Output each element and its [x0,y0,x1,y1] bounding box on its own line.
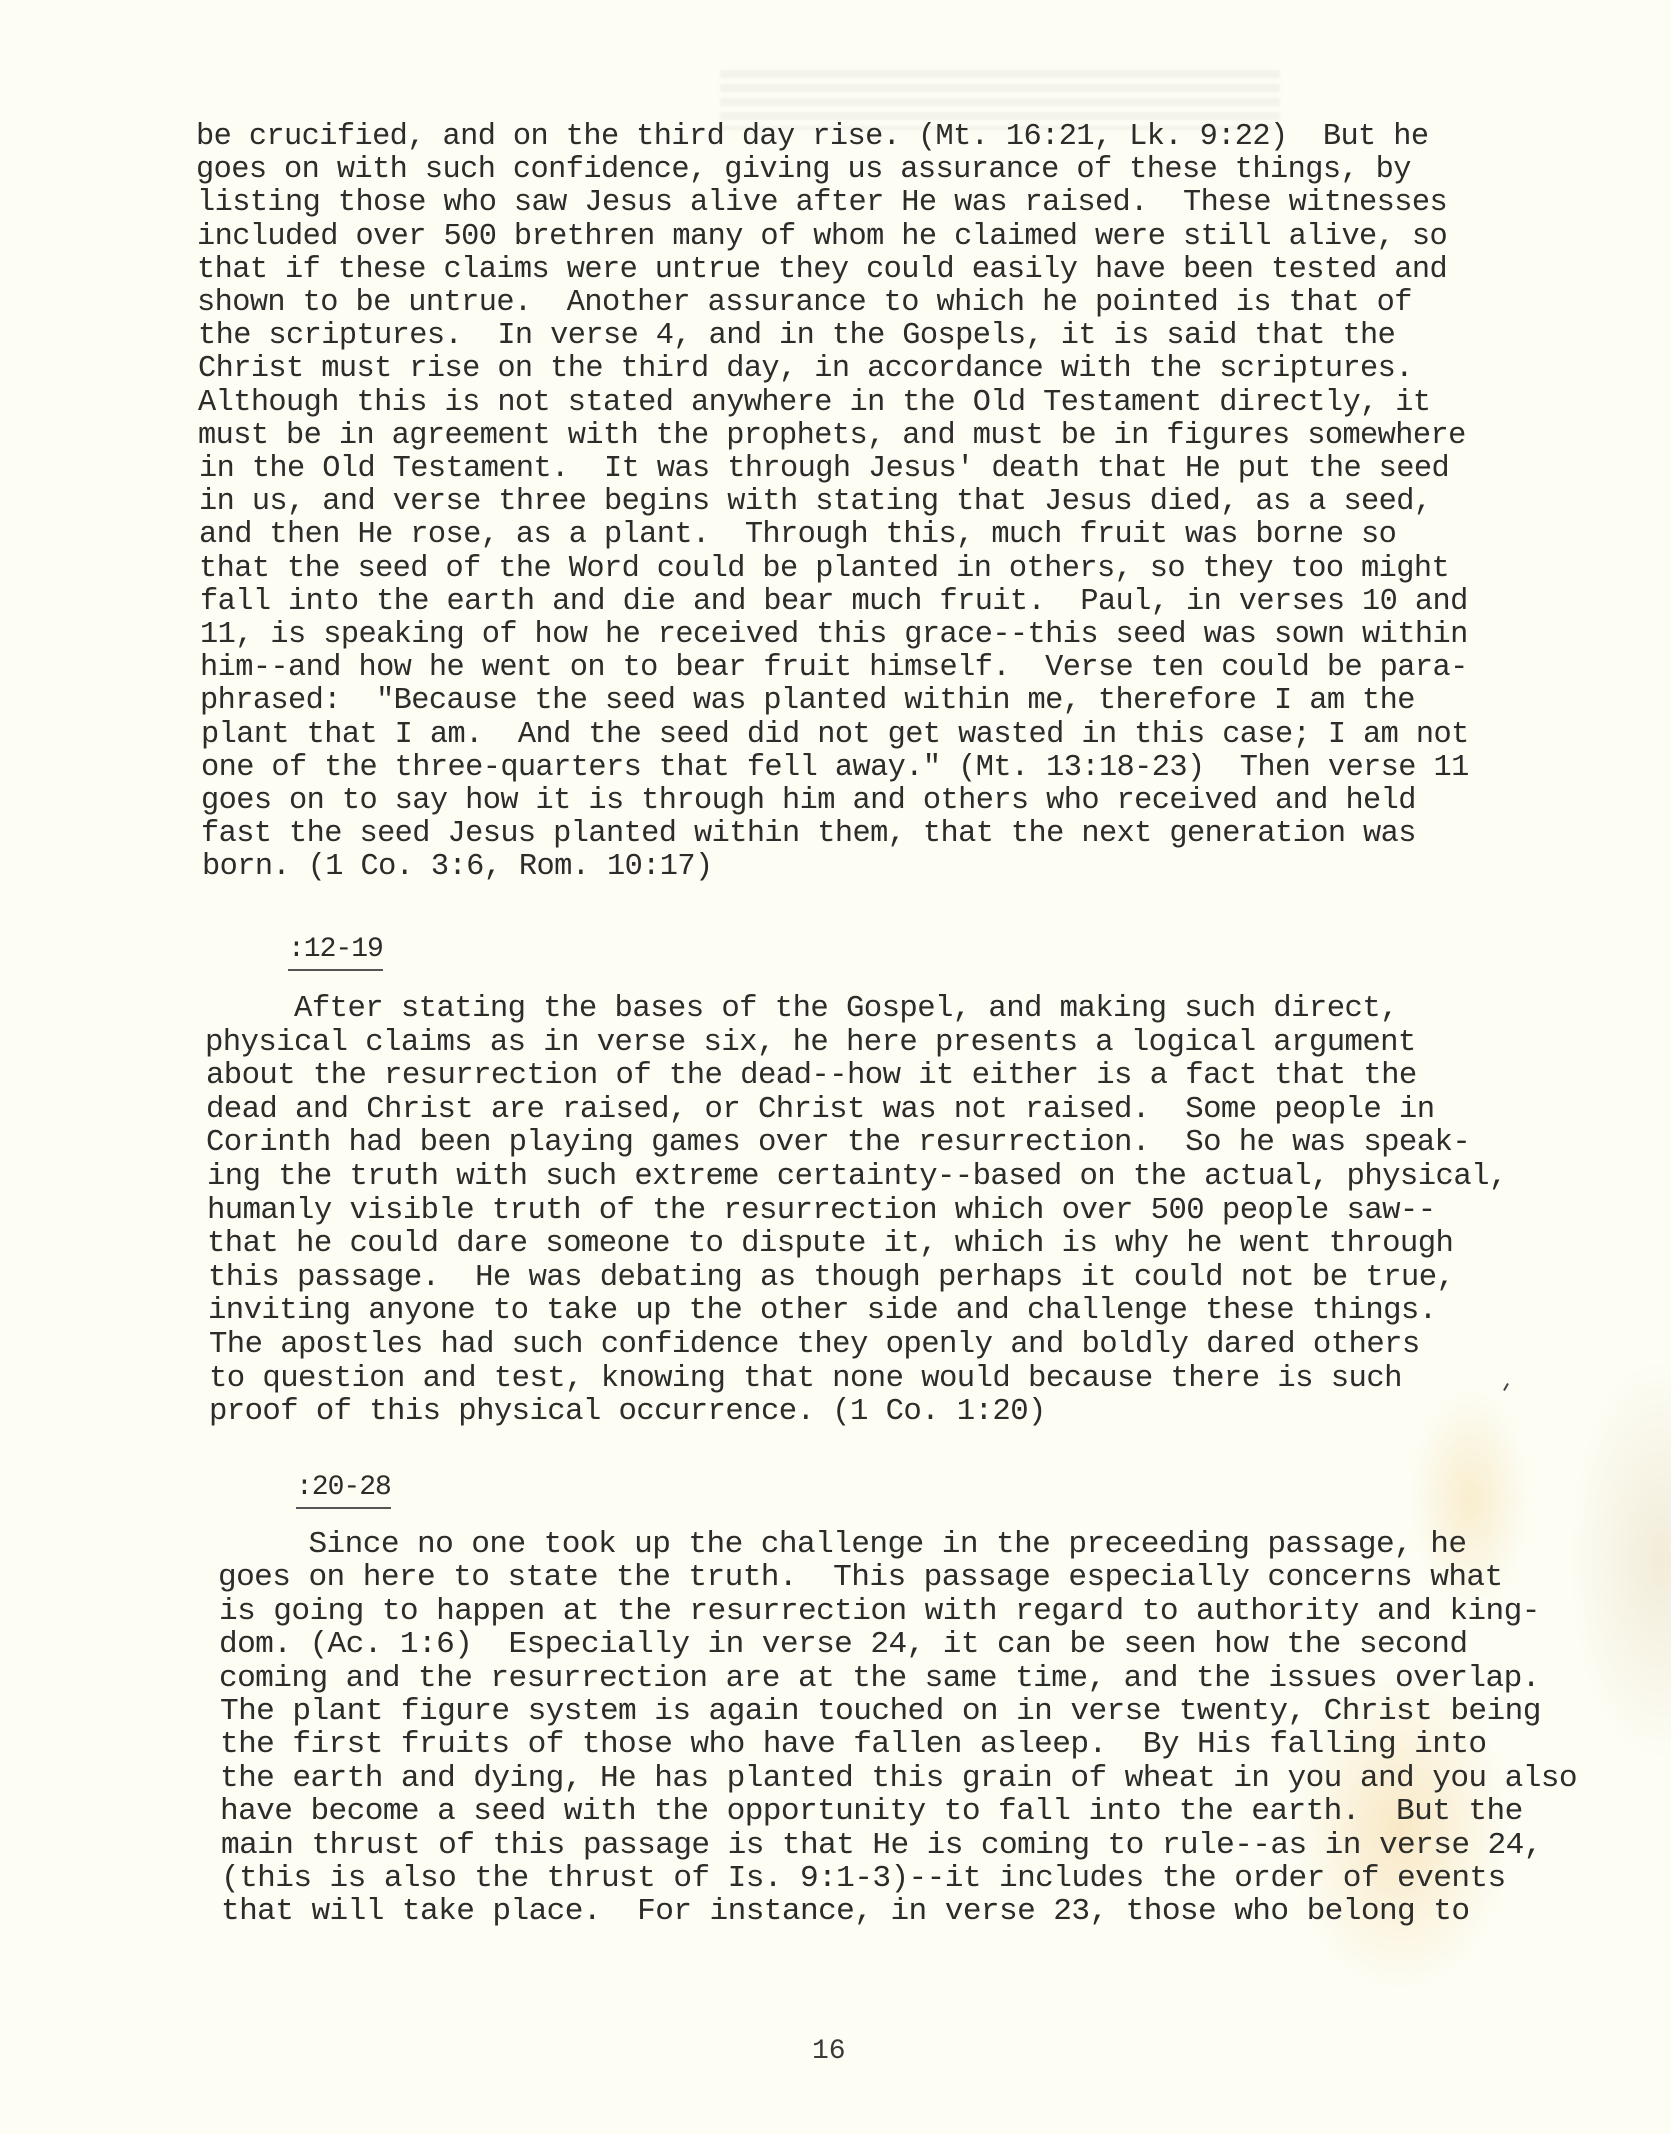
text-line: proof of this physical occurrence. (1 Co… [209,1395,1046,1428]
text-line: that if these claims were untrue they co… [197,253,1447,286]
text-line: in the Old Testament. It was through Jes… [199,452,1449,485]
text-line: (this is also the thrust of Is. 9:1-3)--… [221,1862,1506,1895]
text-line: must be in agreement with the prophets, … [198,419,1466,452]
text-line: that he could dare someone to dispute it… [207,1227,1453,1260]
section-heading-12-19: :12-19 [288,934,383,971]
text-line: main thrust of this passage is that He i… [221,1829,1542,1862]
text-line: to question and test, knowing that none … [209,1362,1402,1395]
text-line: coming and the resurrection are at the s… [219,1662,1540,1695]
text-line: ing the truth with such extreme certaint… [207,1160,1507,1193]
text-line: dom. (Ac. 1:6) Especially in verse 24, i… [219,1628,1467,1661]
text-line: and then He rose, as a plant. Through th… [199,518,1396,551]
text-line: phrased: "Because the seed was planted w… [200,684,1415,717]
text-line: in us, and verse three begins with stati… [199,485,1431,518]
text-line: After stating the bases of the Gospel, a… [205,992,1398,1025]
text-line: inviting anyone to take up the other sid… [208,1294,1437,1327]
text-line: listing those who saw Jesus alive after … [197,186,1447,219]
text-line: dead and Christ are raised, or Christ wa… [206,1093,1435,1126]
text-line: have become a seed with the opportunity … [220,1795,1523,1828]
text-line: the scriptures. In verse 4, and in the G… [198,319,1395,352]
text-line: him--and how he went on to bear fruit hi… [200,651,1468,684]
text-line: fall into the earth and die and bear muc… [200,585,1468,618]
text-line: fast the seed Jesus planted within them,… [201,817,1416,850]
text-line: one of the three-quarters that fell away… [201,751,1469,784]
text-line: Christ must rise on the third day, in ac… [198,352,1413,385]
text-line: this passage. He was debating as though … [208,1261,1454,1294]
text-line: is going to happen at the resurrection w… [219,1595,1540,1628]
text-line: born. (1 Co. 3:6, Rom. 10:17) [202,850,713,883]
text-line: the earth and dying, He has planted this… [220,1762,1577,1795]
scanned-page: be crucified, and on the third day rise.… [0,0,1671,2134]
text-line: 11, is speaking of how he received this … [200,618,1468,651]
text-line: goes on here to state the truth. This pa… [218,1561,1503,1594]
text-line: plant that I am. And the seed did not ge… [201,718,1469,751]
text-line: be crucified, and on the third day rise.… [196,120,1428,153]
text-line: Corinth had been playing games over the … [206,1126,1470,1159]
text-line: The plant figure system is again touched… [220,1695,1541,1728]
text-line: Although this is not stated anywhere in … [198,386,1430,419]
text-line: that the seed of the Word could be plant… [199,552,1449,585]
text-line: humanly visible truth of the resurrectio… [207,1194,1436,1227]
text-line: included over 500 brethren many of whom … [197,220,1447,253]
section-heading-20-28: :20-28 [296,1472,391,1509]
text-line: physical claims as in verse six, he here… [205,1026,1416,1059]
text-line: goes on with such confidence, giving us … [196,153,1411,186]
text-line: the first fruits of those who have falle… [220,1728,1487,1761]
page-number: 16 [812,2036,846,2067]
text-line: goes on to say how it is through him and… [201,784,1416,817]
text-line: shown to be untrue. Another assurance to… [197,286,1412,319]
text-line: Since no one took up the challenge in th… [218,1528,1466,1561]
text-line: The apostles had such confidence they op… [209,1328,1420,1361]
text-line: that will take place. For instance, in v… [221,1895,1469,1928]
text-line: about the resurrection of the dead--how … [206,1059,1417,1092]
stray-mark [1503,1383,1509,1391]
